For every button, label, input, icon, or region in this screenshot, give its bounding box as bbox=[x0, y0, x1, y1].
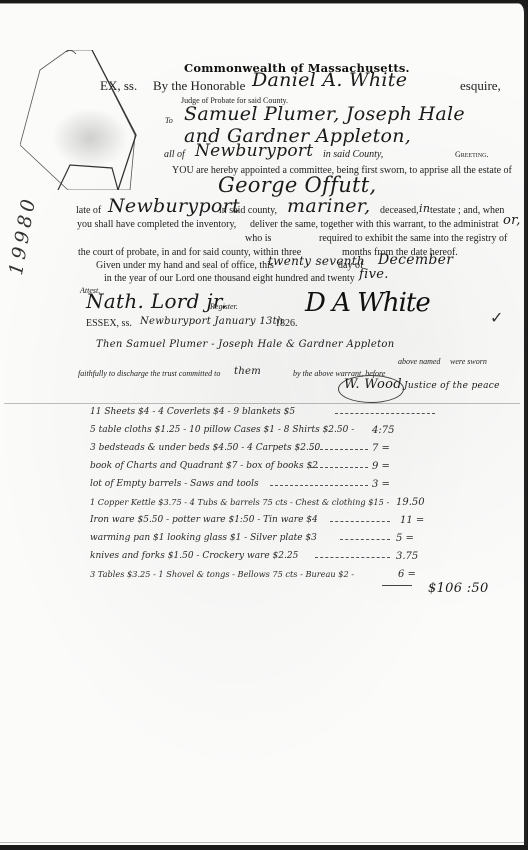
inventory-item-amount: 3 = bbox=[372, 479, 390, 490]
oath-place-date-handwritten: Newburyport January 13th bbox=[140, 316, 284, 327]
sheet-fold-divider bbox=[4, 403, 520, 404]
inventory-item-description: 3 Tables $3.25 - 1 Shovel & tongs - Bell… bbox=[90, 569, 354, 579]
page-top-edge bbox=[0, 3, 524, 9]
above-named-text: above named bbox=[398, 357, 440, 366]
judge-signature: D A White bbox=[305, 288, 430, 318]
page-bottom-edge bbox=[0, 842, 524, 843]
inventory-item-amount: 19.50 bbox=[396, 497, 425, 508]
deceased-name-handwritten: George Offutt, bbox=[218, 173, 376, 197]
leader-dashes bbox=[270, 485, 368, 486]
greeting-label: Greeting. bbox=[455, 150, 488, 159]
inventory-item-description: lot of Empty barrels - Saws and tools bbox=[90, 479, 259, 489]
essex-oath-label: ESSEX, ss. bbox=[86, 318, 132, 329]
late-of-label: late of bbox=[76, 205, 101, 216]
inventory-item-description: 11 Sheets $4 - 4 Coverlets $4 - 9 blanke… bbox=[90, 407, 295, 417]
deceased-label: deceased, bbox=[380, 205, 419, 216]
inventory-completed-text: you shall have completed the inventory, bbox=[77, 219, 236, 230]
occupation-handwritten: mariner, bbox=[287, 195, 370, 217]
inventory-item-description: book of Charts and Quadrant $7 - box of … bbox=[90, 461, 318, 471]
by-the-honorable-label: By the Honorable bbox=[153, 78, 245, 94]
inventory-row: 1 Copper Kettle $3.75 - 4 Tubs & barrels… bbox=[90, 497, 435, 513]
leader-dashes bbox=[335, 413, 435, 414]
inventory-item-description: warming pan $1 looking glass $1 - Silver… bbox=[90, 533, 317, 543]
justice-title-handwritten: Justice of the peace bbox=[404, 381, 500, 391]
year-handwritten: five. bbox=[359, 267, 389, 282]
margin-case-number: 19980 bbox=[5, 194, 41, 277]
inventory-row: 3 bedsteads & under beds $4.50 - 4 Carpe… bbox=[90, 443, 435, 459]
inventory-row: 5 table cloths $1.25 - 10 pillow Cases $… bbox=[90, 425, 435, 441]
them-handwritten: them bbox=[234, 366, 261, 377]
oath-year: 1826. bbox=[275, 318, 298, 329]
who-is-text: who is bbox=[245, 233, 271, 244]
leader-dashes bbox=[330, 521, 390, 522]
inventory-row: knives and forks $1.50 - Crockery ware $… bbox=[90, 551, 435, 567]
inventory-total: $106 :50 bbox=[428, 581, 489, 596]
to-label: To bbox=[165, 116, 173, 125]
year-text: in the year of our Lord one thousand eig… bbox=[104, 273, 355, 284]
county-prefix: EX, ss. bbox=[100, 78, 137, 94]
were-sworn-text: were sworn bbox=[450, 357, 487, 366]
in-said-county-text: in said county, bbox=[219, 205, 277, 216]
in-said-county-label: in said County, bbox=[323, 149, 383, 160]
inventory-row: 11 Sheets $4 - 4 Coverlets $4 - 9 blanke… bbox=[90, 407, 435, 423]
all-of-label: all of bbox=[164, 149, 185, 160]
faithfully-text: faithfully to discharge the trust commit… bbox=[78, 369, 220, 378]
total-underline bbox=[382, 585, 412, 586]
inventory-row: lot of Empty barrels - Saws and tools 3 … bbox=[90, 479, 435, 495]
register-label: Register. bbox=[210, 302, 238, 311]
given-under-text: Given under my hand and seal of office, … bbox=[96, 260, 274, 271]
inventory-item-amount: 7 = bbox=[372, 443, 390, 454]
leader-dashes bbox=[310, 449, 368, 450]
intestate-text: testate ; and, when bbox=[430, 205, 504, 216]
required-text: required to exhibit the same into the re… bbox=[319, 233, 507, 244]
administrator-suffix-handwritten: or, bbox=[503, 213, 521, 228]
month-handwritten: December bbox=[378, 252, 453, 268]
leader-dashes bbox=[340, 539, 390, 540]
inventory-item-description: 1 Copper Kettle $3.75 - 4 Tubs & barrels… bbox=[90, 497, 389, 507]
inventory-item-amount: 4:75 bbox=[372, 425, 394, 436]
inventory-item-amount: 11 = bbox=[400, 515, 424, 526]
inventory-row: book of Charts and Quadrant $7 - box of … bbox=[90, 461, 435, 477]
leader-dashes bbox=[315, 557, 390, 558]
check-mark-icon: ✓ bbox=[490, 308, 503, 327]
register-signature: Nath. Lord jr. bbox=[86, 289, 227, 313]
inventory-item-description: 3 bedsteads & under beds $4.50 - 4 Carpe… bbox=[90, 443, 320, 453]
intestate-prefix-handwritten: in bbox=[419, 202, 430, 215]
committee-names-line1: Samuel Plumer, Joseph Hale bbox=[184, 103, 465, 125]
inventory-item-description: 5 table cloths $1.25 - 10 pillow Cases $… bbox=[90, 425, 354, 435]
inventory-row: warming pan $1 looking glass $1 - Silver… bbox=[90, 533, 435, 549]
oath-names-handwritten: Then Samuel Plumer - Joseph Hale & Gardn… bbox=[96, 339, 395, 350]
judge-name-handwritten: Daniel A. White bbox=[252, 69, 407, 91]
town-handwritten: Newburyport bbox=[195, 141, 313, 161]
inventory-row: Iron ware $5.50 - potter ware $1:50 - Ti… bbox=[90, 515, 435, 531]
inventory-item-description: knives and forks $1.50 - Crockery ware $… bbox=[90, 551, 298, 561]
inventory-item-amount: 6 = bbox=[398, 569, 416, 580]
document-page: Commonwealth of Massachusetts. EX, ss. B… bbox=[0, 3, 527, 845]
inventory-row: 3 Tables $3.25 - 1 Shovel & tongs - Bell… bbox=[90, 569, 435, 585]
inventory-item-amount: 3.75 bbox=[396, 551, 418, 562]
deliver-text: deliver the same, together with this war… bbox=[250, 219, 499, 230]
inventory-item-amount: 9 = bbox=[372, 461, 390, 472]
inventory-item-description: Iron ware $5.50 - potter ware $1:50 - Ti… bbox=[90, 515, 318, 525]
leader-dashes bbox=[310, 467, 368, 468]
inventory-item-amount: 5 = bbox=[396, 533, 414, 544]
esquire-label: esquire, bbox=[460, 78, 501, 94]
justice-signature: W. Wood bbox=[344, 377, 402, 392]
seal-outline-icon bbox=[20, 50, 138, 190]
